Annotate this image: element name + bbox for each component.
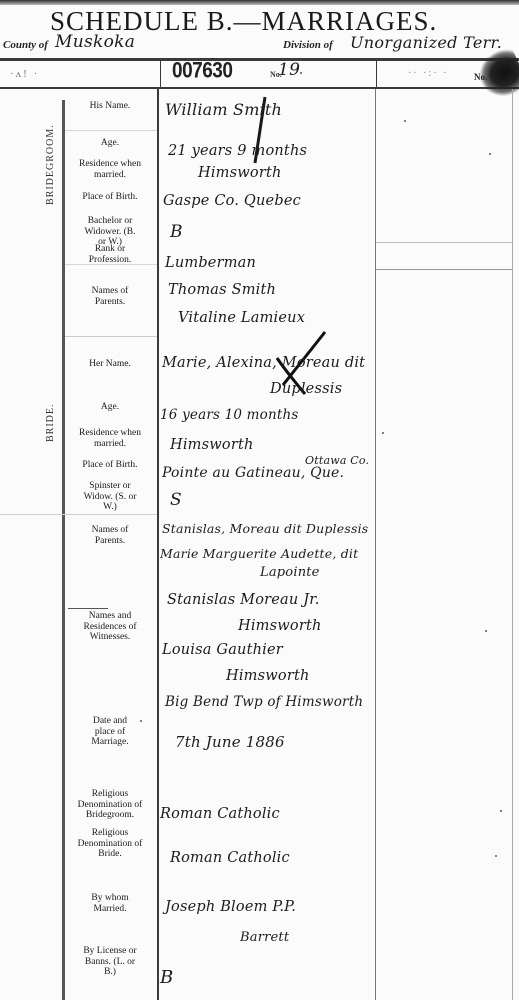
label-bride-residence: Residence when married. [75, 428, 145, 449]
division-value: Unorganized Terr. [350, 33, 502, 52]
label-bride-religion: Religious Denomination of Bride. [70, 828, 150, 860]
entry-no-value: 19 [278, 60, 300, 80]
value-bride-birthplace: Pointe au Gatineau, Que. [162, 465, 344, 481]
county-label: County of [3, 39, 48, 51]
row-separator [65, 264, 157, 265]
speckle [500, 810, 502, 812]
label-column-rule [157, 89, 159, 1000]
speckle [140, 720, 142, 722]
county-value: Muskoka [55, 32, 135, 52]
speckle [489, 153, 491, 155]
value-witness-1-residence: Himsworth [238, 618, 322, 634]
speckle [300, 72, 302, 74]
speckle [495, 855, 497, 857]
value-marriage-place: Big Bend Twp of Himsworth [165, 694, 363, 710]
label-license-banns: By License or Banns. (L. or B.) [80, 946, 140, 978]
value-bride-residence: Himsworth [170, 437, 254, 453]
label-her-name: Her Name. [62, 359, 158, 370]
label-officiant: By whom Married. [85, 893, 135, 914]
label-groom-age: Age. [62, 138, 158, 149]
label-bride-status: Spinster or Widow. (S. or W.) [80, 481, 140, 513]
label-groom-status: Bachelor or Widower. (B. or W.) [80, 216, 140, 248]
label-date-place: Date and place of Marriage. [85, 716, 135, 748]
value-officiant-place: Barrett [240, 930, 289, 945]
value-marriage-date: 7th June 1886 [175, 733, 285, 751]
label-groom-profession: Rank or Profession. [80, 244, 140, 265]
faint-marks-2: ·· ·:· · [408, 68, 448, 79]
label-his-name: His Name. [62, 101, 158, 112]
label-groom-parents: Names of Parents. [85, 286, 135, 307]
speckle [404, 120, 406, 122]
marriage-register-page: SCHEDULE B.—MARRIAGES. County of Muskoka… [0, 0, 519, 1000]
value-license-banns: B [160, 967, 173, 988]
registration-number: 007630 [172, 59, 232, 84]
speckle [382, 432, 384, 434]
value-groom-status: B [170, 222, 183, 242]
left-margin-rule [62, 100, 65, 1000]
value-bride-age: 16 years 10 months [160, 407, 299, 423]
value-groom-father: Thomas Smith [168, 282, 276, 298]
label-groom-birthplace: Place of Birth. [62, 192, 158, 203]
right-column-rule [375, 89, 376, 1000]
row-separator [376, 242, 512, 243]
value-bride-father: Stanislas, Moreau dit Duplessis [162, 521, 368, 536]
value-witness-2-residence: Himsworth [226, 668, 310, 684]
speckle [485, 630, 487, 632]
value-her-name-line1: Marie, Alexina, Moreau dit [162, 355, 365, 371]
value-groom-age: 21 years 9 months [168, 143, 307, 159]
row-separator [376, 269, 512, 270]
label-groom-residence: Residence when married. [75, 159, 145, 180]
label-bride-parents: Names of Parents. [85, 525, 135, 546]
value-bride-mother-cont: Lapointe [260, 565, 320, 580]
row-separator [65, 130, 157, 131]
bride-section-label: BRIDE. [45, 404, 56, 443]
label-witnesses: Names and Residences of Witnesses. [75, 611, 145, 643]
faint-marks: ·ᴧ! · [10, 68, 39, 80]
row-separator [0, 514, 157, 515]
value-bride-religion: Roman Catholic [170, 850, 290, 866]
header-divider-2 [376, 60, 377, 88]
label-bride-birthplace: Place of Birth. [62, 460, 158, 471]
bridegroom-section-label: BRIDEGROOM. [45, 124, 56, 205]
value-groom-residence: Himsworth [198, 165, 282, 181]
value-groom-religion: Roman Catholic [160, 806, 280, 822]
value-witness-2-name: Louisa Gauthier [162, 642, 283, 658]
value-witness-1-name: Stanislas Moreau Jr. [167, 592, 320, 608]
value-groom-mother: Vitaline Lamieux [178, 310, 305, 326]
scan-edge [0, 0, 519, 5]
label-bride-age: Age. [62, 402, 158, 413]
value-her-name-line2: Duplessis [270, 381, 342, 397]
header-rule-bottom [0, 87, 519, 89]
division-label: Division of [283, 39, 333, 51]
value-bride-mother: Marie Marguerite Audette, dit [160, 546, 358, 561]
value-groom-birthplace: Gaspe Co. Quebec [163, 193, 301, 209]
row-separator [68, 608, 108, 609]
header-rule-top [0, 58, 519, 61]
value-officiant: Joseph Bloem P.P. [165, 899, 296, 915]
header-divider-1 [160, 60, 161, 88]
value-groom-profession: Lumberman [165, 255, 256, 271]
label-groom-religion: Religious Denomination of Bridegroom. [70, 789, 150, 821]
far-right-rule [512, 89, 513, 1000]
row-separator [65, 336, 157, 337]
value-bride-status: S [170, 490, 182, 510]
